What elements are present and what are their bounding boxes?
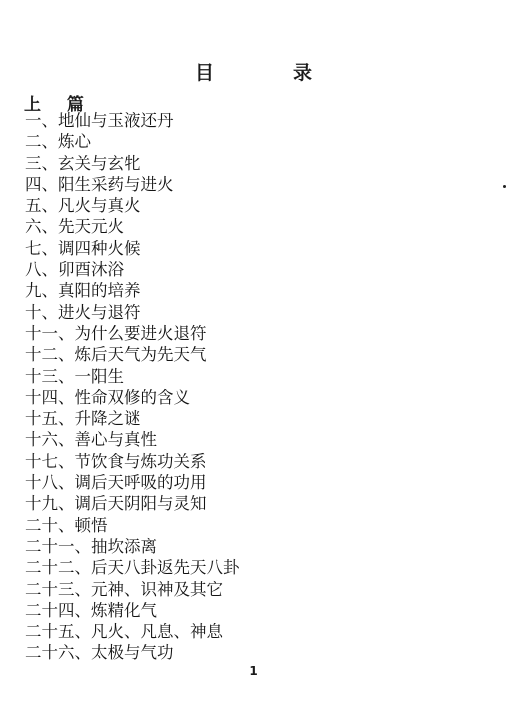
scan-speck bbox=[503, 185, 506, 188]
toc-item: 八、卯酉沐浴 bbox=[25, 259, 240, 280]
toc-item: 十七、节饮食与炼功关系 bbox=[25, 451, 240, 472]
toc-item: 十八、调后天呼吸的功用 bbox=[25, 472, 240, 493]
toc-item: 十九、调后天阴阳与灵知 bbox=[25, 493, 240, 514]
toc-item: 二十、顿悟 bbox=[25, 515, 240, 536]
toc-item: 三、玄关与玄牝 bbox=[25, 153, 240, 174]
toc-item: 十六、善心与真性 bbox=[25, 429, 240, 450]
toc-item: 十二、炼后天气为先天气 bbox=[25, 344, 240, 365]
toc-item: 一、地仙与玉液还丹 bbox=[25, 110, 240, 131]
toc-item: 五、凡火与真火 bbox=[25, 195, 240, 216]
toc-item: 十三、一阳生 bbox=[25, 366, 240, 387]
toc-item: 二十五、凡火、凡息、神息 bbox=[25, 621, 240, 642]
toc-item: 二十一、抽坎添离 bbox=[25, 536, 240, 557]
toc-item: 七、调四种火候 bbox=[25, 238, 240, 259]
toc-item: 四、阳生采药与进火 bbox=[25, 174, 240, 195]
toc-item: 二十六、太极与气功 bbox=[25, 642, 240, 663]
toc-item: 二十四、炼精化气 bbox=[25, 600, 240, 621]
toc-item: 十五、升降之谜 bbox=[25, 408, 240, 429]
toc-item: 六、先天元火 bbox=[25, 216, 240, 237]
page-title: 目 录 bbox=[0, 58, 507, 85]
document-page: 目 录 上 篇 一、地仙与玉液还丹 二、炼心 三、玄关与玄牝 四、阳生采药与进火… bbox=[0, 0, 507, 726]
toc-item: 二、炼心 bbox=[25, 131, 240, 152]
page-number: 1 bbox=[0, 664, 507, 678]
toc-item: 十、进火与退符 bbox=[25, 302, 240, 323]
toc-item: 十一、为什么要进火退符 bbox=[25, 323, 240, 344]
toc-item: 二十二、后天八卦返先天八卦 bbox=[25, 557, 240, 578]
table-of-contents: 一、地仙与玉液还丹 二、炼心 三、玄关与玄牝 四、阳生采药与进火 五、凡火与真火… bbox=[25, 110, 240, 664]
toc-item: 九、真阳的培养 bbox=[25, 280, 240, 301]
toc-item: 十四、性命双修的含义 bbox=[25, 387, 240, 408]
toc-item: 二十三、元神、识神及其它 bbox=[25, 579, 240, 600]
